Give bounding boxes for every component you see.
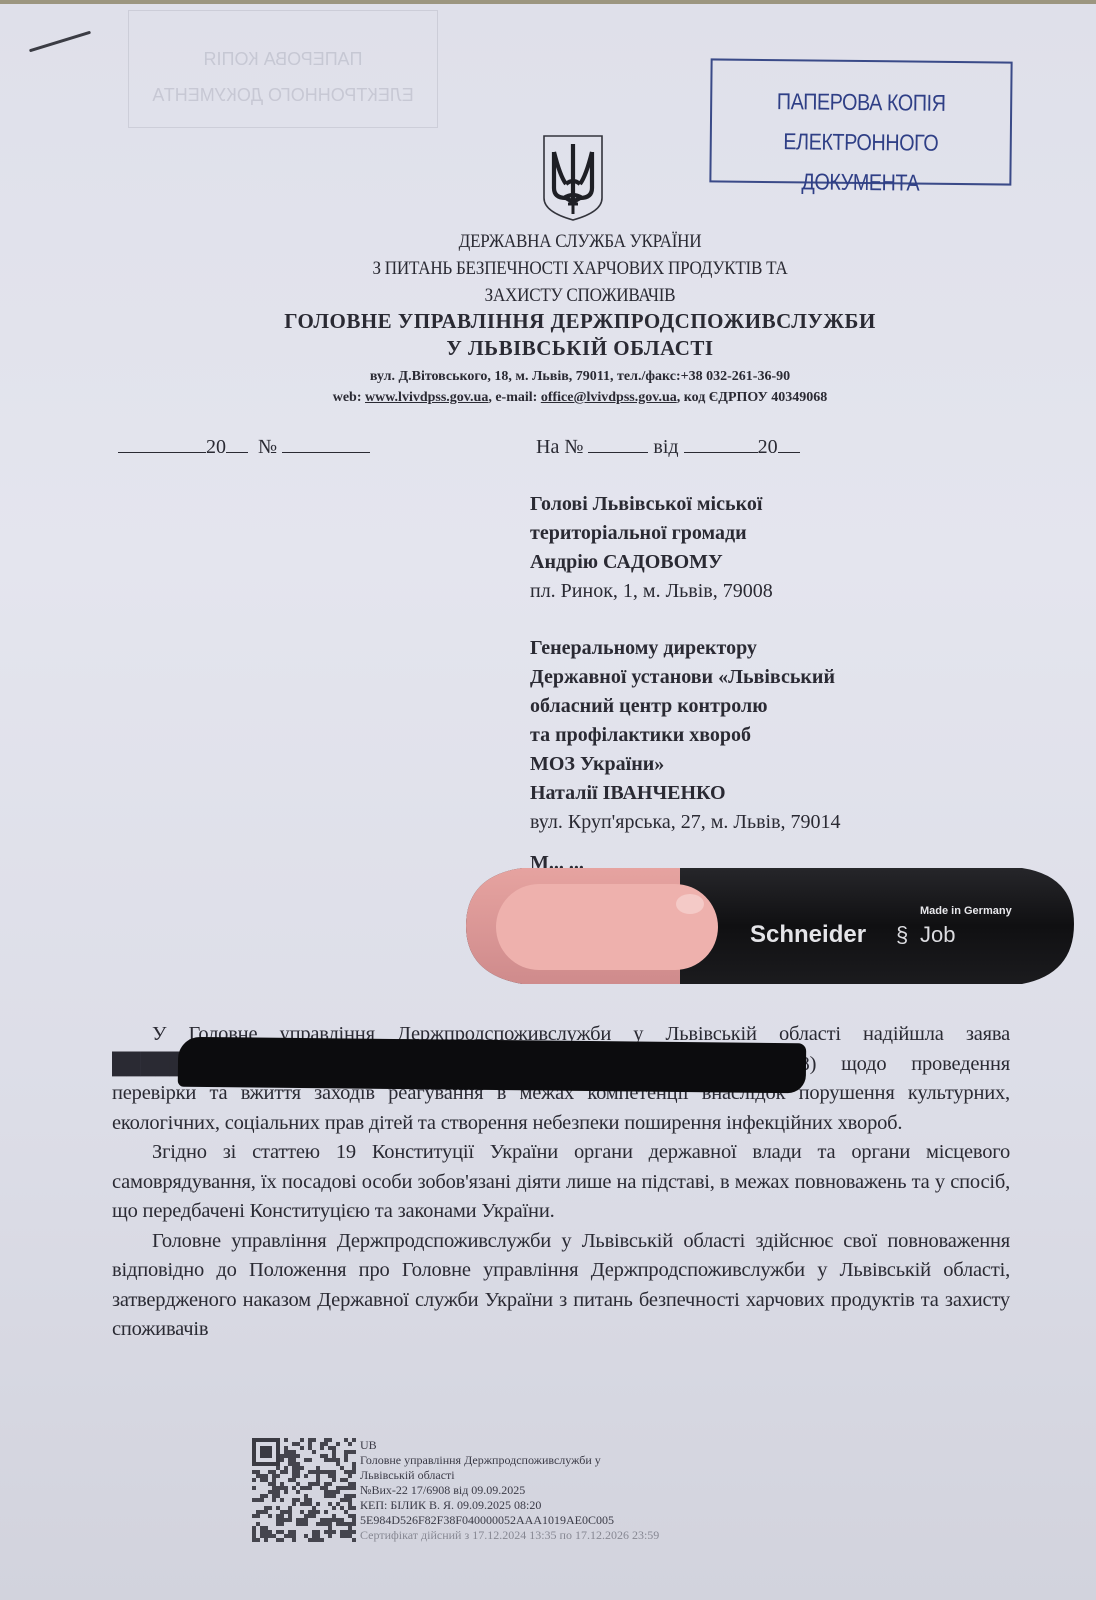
letterhead-contacts: вул. Д.Вітовського, 18, м. Львів, 79011,…	[230, 366, 930, 408]
postal-address: вул. Д.Вітовського, 18, м. Львів, 79011,…	[230, 366, 930, 387]
highlighter-origin: Made in Germany	[920, 905, 1013, 917]
coat-of-arms-icon	[540, 132, 606, 222]
certificate-validity: Сертифікат дійсний з 17.12.2024 13:35 по…	[360, 1528, 690, 1543]
paragraph-3: Головне управління Держпродспоживслужби …	[112, 1227, 1010, 1345]
edrpou-code: , код ЄДРПОУ 40349068	[677, 390, 828, 405]
outgoing-registration: 20 №	[118, 434, 370, 459]
page-edge	[0, 0, 1096, 4]
svg-text:§: §	[896, 922, 908, 947]
signer: КЕП: БІЛИК В. Я. 09.09.2025 08:20	[360, 1498, 690, 1513]
outgoing-number: №Вих-22 17/6908 від 09.09.2025	[360, 1483, 690, 1498]
electronic-signature-block: UB Головне управління Держпродспоживслуж…	[360, 1438, 690, 1543]
highlighter-model: Job	[920, 922, 955, 947]
recipient-mayor: Голові Львівської міської територіальної…	[530, 490, 773, 606]
recipient-address: пл. Ринок, 1, м. Львів, 79008	[530, 577, 773, 606]
qr-code-icon	[252, 1438, 356, 1542]
ghost-stamp-bleedthrough: ПАПЕРОВА КОПІЯ ЕЛЕКТРОННОГО ДОКУМЕНТА	[128, 10, 438, 128]
paper-copy-stamp: ПАПЕРОВА КОПІЯ ЕЛЕКТРОННОГО ДОКУМЕНТА	[709, 58, 1012, 185]
stamp-line-2: ЕЛЕКТРОННОГО ДОКУМЕНТА	[732, 121, 989, 204]
website-link[interactable]: www.lvivdpss.gov.ua	[365, 390, 488, 405]
recipient-address: вул. Круп'ярська, 27, м. Львів, 79014	[530, 808, 841, 837]
email-link[interactable]: office@lvivdpss.gov.ua	[541, 390, 677, 405]
paragraph-2: Згідно зі статтею 19 Конституції України…	[112, 1138, 1010, 1227]
highlighter-brand: Schneider	[750, 921, 866, 948]
redaction-mark	[178, 1037, 806, 1094]
certificate-serial: 5E984D526F82F38F040000052AAA1019AE0C005	[360, 1513, 690, 1528]
highlighter-marker: Made in Germany Schneider § Job	[462, 862, 1078, 996]
pen-mark	[29, 31, 91, 53]
recipient-disease-control-center: Генеральному директору Державної установ…	[530, 634, 841, 837]
reply-reference: На № від 20	[536, 434, 800, 459]
agency-name: ДЕРЖАВНА СЛУЖБА УКРАЇНИ З ПИТАНЬ БЕЗПЕЧН…	[230, 228, 930, 309]
document-page: ПАПЕРОВА КОПІЯ ЕЛЕКТРОННОГО ДОКУМЕНТА ПА…	[0, 0, 1096, 1600]
department-name: ГОЛОВНЕ УПРАВЛІННЯ ДЕРЖПРОДСПОЖИВСЛУЖБИ …	[230, 308, 930, 362]
stamp-line-1: ПАПЕРОВА КОПІЯ	[733, 81, 990, 124]
